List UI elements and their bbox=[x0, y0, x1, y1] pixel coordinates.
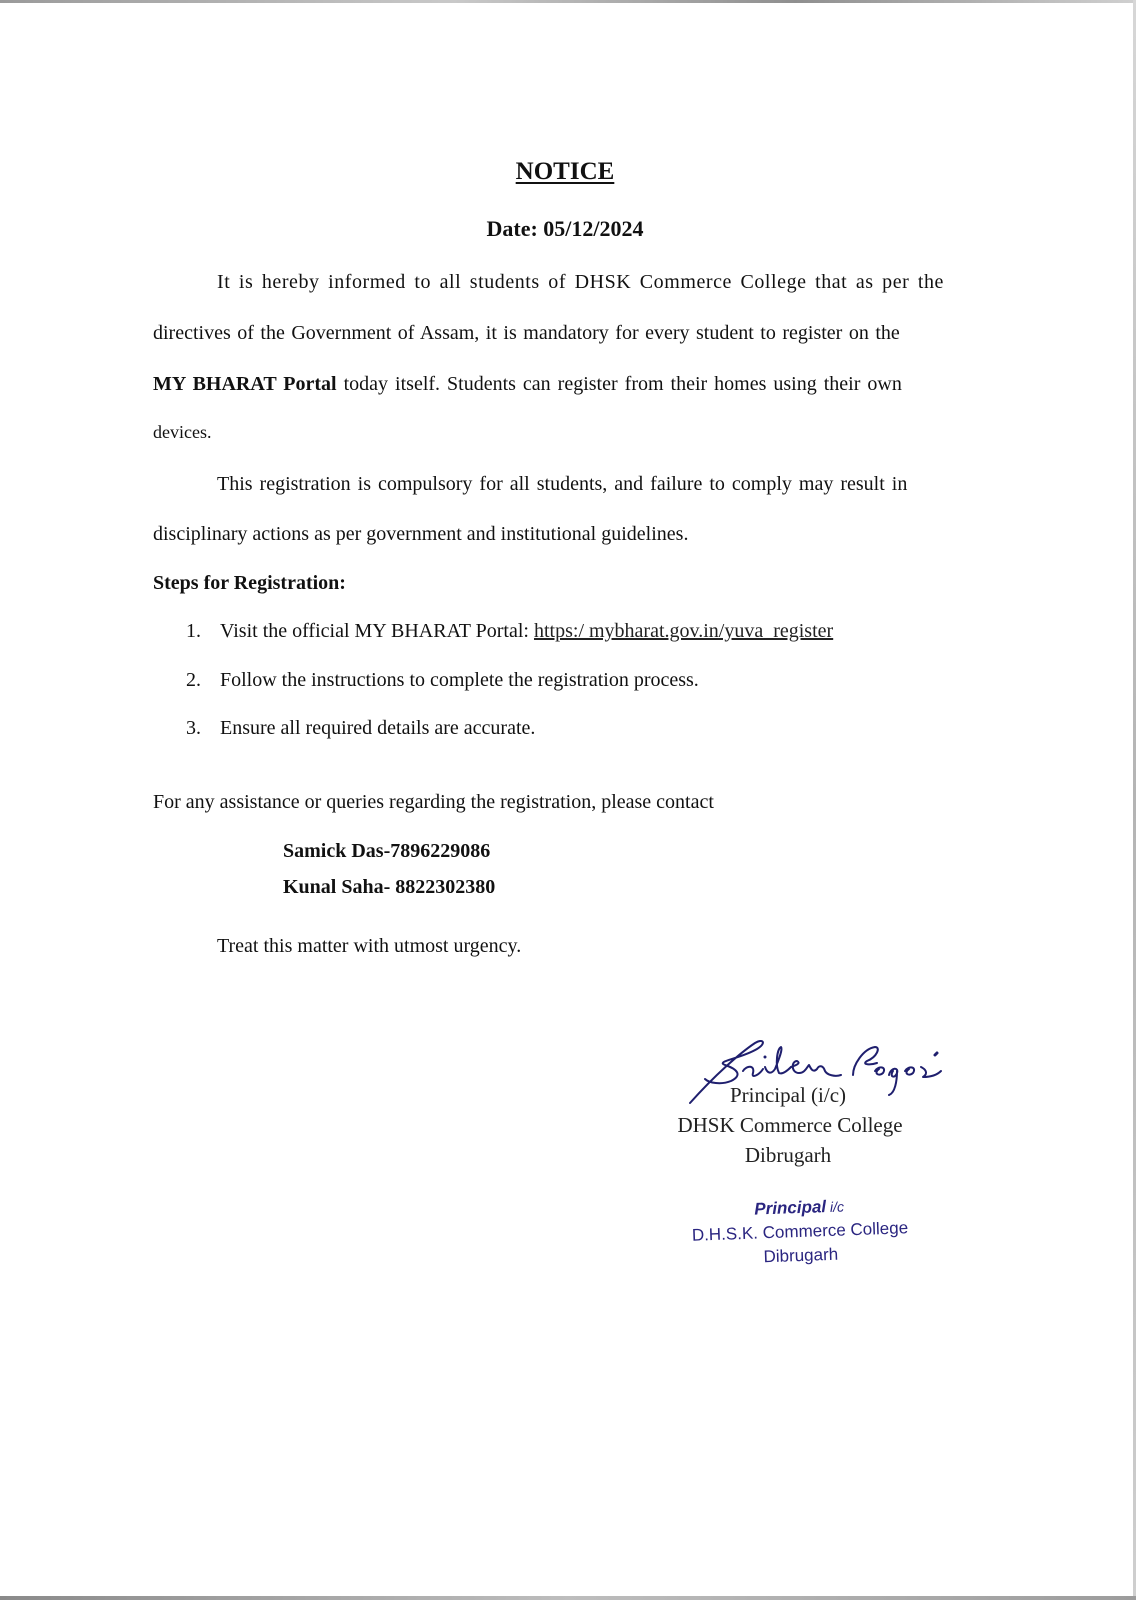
step-text: Visit the official MY BHARAT Portal: bbox=[220, 620, 534, 642]
signatory-place: Dibrugarh bbox=[648, 1140, 928, 1170]
steps-heading: Steps for Registration: bbox=[153, 572, 346, 595]
step-number: 1. bbox=[186, 620, 220, 643]
step-item: 1.Visit the official MY BHARAT Portal: h… bbox=[186, 620, 833, 643]
portal-name: MY BHARAT Portal bbox=[153, 373, 337, 395]
assistance-text: For any assistance or queries regarding … bbox=[153, 792, 714, 812]
notice-date: Date: 05/12/2024 bbox=[0, 216, 1130, 242]
paragraph-2-line-2: disciplinary actions as per government a… bbox=[153, 524, 688, 544]
stamp-principal: Principal bbox=[754, 1197, 826, 1218]
paragraph-text: today itself. Students can register from… bbox=[337, 373, 902, 395]
official-stamp: Principal i/c D.H.S.K. Commerce College … bbox=[679, 1192, 921, 1272]
paragraph-2-line-1: This registration is compulsory for all … bbox=[217, 474, 907, 494]
closing-text: Treat this matter with utmost urgency. bbox=[217, 936, 521, 956]
signatory-designation: Principal (i/c) bbox=[648, 1080, 928, 1110]
scan-edge-bottom bbox=[0, 1596, 1136, 1600]
notice-title: NOTICE bbox=[0, 158, 1130, 186]
step-item: 3.Ensure all required details are accura… bbox=[186, 717, 535, 740]
scan-edge-top bbox=[0, 0, 1136, 3]
step-item: 2.Follow the instructions to complete th… bbox=[186, 669, 699, 692]
stamp-suffix: i/c bbox=[826, 1198, 844, 1215]
signatory-institution: DHSK Commerce College bbox=[650, 1110, 930, 1140]
paragraph-1-line-1: It is hereby informed to all students of… bbox=[217, 272, 957, 292]
paragraph-1-line-3: MY BHARAT Portal today itself. Students … bbox=[153, 374, 958, 394]
paragraph-1-line-4: devices. bbox=[153, 422, 211, 442]
signature-block: Principal (i/c) DHSK Commerce College Di… bbox=[650, 1080, 930, 1170]
step-number: 3. bbox=[186, 717, 220, 740]
step-text: Ensure all required details are accurate… bbox=[220, 717, 535, 739]
registration-link[interactable]: https:/ mybharat.gov.in/yuva_register bbox=[534, 620, 833, 642]
step-number: 2. bbox=[186, 669, 220, 692]
contact-kunal-saha: Kunal Saha- 8822302380 bbox=[283, 876, 495, 899]
paragraph-text: It is hereby informed to all students of… bbox=[217, 272, 944, 292]
notice-title-text: NOTICE bbox=[516, 158, 615, 185]
contact-samick-das: Samick Das-7896229086 bbox=[283, 840, 490, 863]
step-text: Follow the instructions to complete the … bbox=[220, 669, 699, 691]
paragraph-1-line-2: directives of the Government of Assam, i… bbox=[153, 323, 958, 343]
